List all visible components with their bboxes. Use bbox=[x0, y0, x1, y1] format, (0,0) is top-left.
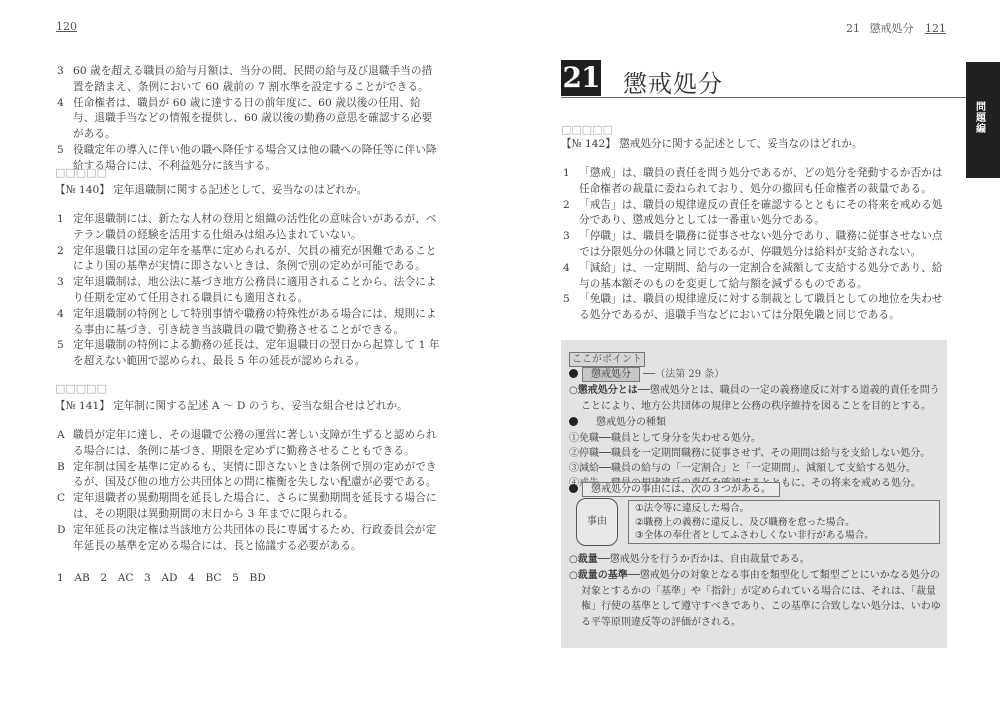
question-title: 【№ 140】 定年退職制に関する記述として、妥当なのはどれか。 bbox=[55, 183, 445, 198]
statement-text: 定年制は国を基準に定めるも、実情に即さないときは条例で別の定めができるが、国及び… bbox=[73, 461, 437, 489]
option-number: 3 bbox=[57, 64, 73, 80]
left-page: 120 360 歳を超える職員の給与月額は、当分の間、民間の給与及び退職手当の措… bbox=[0, 0, 500, 710]
point-heading-row: 懲戒処分 ──（法第 29 条） bbox=[569, 367, 724, 383]
option-item: 2定年退職日は国の定年を基準に定められるが、欠員の補充が困難であることにより国の… bbox=[57, 244, 440, 276]
review-checkboxes[interactable]: □□□□□ bbox=[55, 382, 445, 396]
statement-item: A職員が定年に達し、その退職で公務の運営に著しい支障が生ずると認められる場合には… bbox=[57, 428, 440, 460]
bullet-icon bbox=[569, 417, 578, 426]
option-text: 60 歳を超える職員の給与月額は、当分の間、民間の給与及び退職手当の措置を踏まえ… bbox=[73, 65, 432, 93]
reasons-list: ①法令等に違反した場合。 ②職務上の義務に違反し、及び職務を怠った場合。 ③全体… bbox=[628, 500, 940, 544]
option-number: 3 bbox=[563, 229, 579, 245]
option-number: 1 bbox=[57, 212, 73, 228]
reason-item: ③全体の奉仕者としてふさわしくない非行がある場合。 bbox=[635, 529, 933, 543]
bullet-icon bbox=[569, 369, 578, 378]
continued-options: 360 歳を超える職員の給与月額は、当分の間、民間の給与及び退職手当の措置を踏ま… bbox=[57, 64, 442, 175]
section-side-tab[interactable]: 問題編 bbox=[966, 62, 1000, 178]
option-number: 5 bbox=[57, 338, 73, 354]
question-title: 【№ 141】 定年制に関する記述 A ～ D のうち、妥当な組合せはどれか。 bbox=[55, 399, 445, 414]
option-text: 定年退職制には、新たな人材の登用と組織の活性化の意味合いがあるが、ベテラン職員の… bbox=[73, 213, 437, 241]
statement-item: D定年延長の決定権は当該地方公共団体の長に専属するため、行政委員会が定年延長の基… bbox=[57, 523, 440, 555]
definition-paragraph: ○懲戒処分とは──懲戒処分とは、職員の一定の義務違反に対する道義的責任を問うこと… bbox=[569, 383, 941, 414]
option-item: 3定年退職制は、地公法に基づき地方公務員に適用されることから、法令により任期を定… bbox=[57, 275, 440, 307]
definition-term: ○懲戒処分とは bbox=[569, 385, 638, 396]
running-head-chapter-number: 21 bbox=[846, 22, 860, 35]
option-item: 2「戒告」は、職員の規律違反の責任を確認するとともにその将来を戒める処分であり、… bbox=[563, 198, 953, 230]
question-140: □□□□□ 【№ 140】 定年退職制に関する記述として、妥当なのはどれか。 1… bbox=[55, 166, 445, 370]
option-item: 3「停職」は、職員を職務に従事させない処分であり、職務に従事させない点では分限処… bbox=[563, 229, 953, 261]
discretion-text: ──懲戒処分を行うか否かは、自由裁量である。 bbox=[598, 554, 810, 565]
option-item: 1「懲戒」は、職員の責任を問う処分であるが、どの処分を発動するか否かは任命権者の… bbox=[563, 166, 953, 198]
key-points-label: ここがポイント bbox=[569, 352, 645, 367]
option-item: 4「減給」は、一定期間、給与の一定割合を減額して支給する処分であり、給与の基本額… bbox=[563, 261, 953, 293]
reasons-diagram: 事由 ①法令等に違反した場合。 ②職務上の義務に違反し、及び職務を怠った場合。 … bbox=[576, 498, 936, 548]
page-number: 121 bbox=[925, 22, 946, 35]
standard-term: ○裁量の基準 bbox=[569, 570, 628, 581]
question-statements: A職員が定年に達し、その退職で公務の運営に著しい支障が生ずると認められる場合には… bbox=[55, 428, 440, 554]
statement-letter: A bbox=[57, 428, 73, 444]
option-number: 1 bbox=[563, 166, 579, 182]
type-item: ①免職──職員として身分を失わせる処分。 bbox=[569, 431, 761, 447]
option-text: 定年退職日は国の定年を基準に定められるが、欠員の補充が困難であることにより国の基… bbox=[73, 245, 437, 273]
question-142: □□□□□ 【№ 142】 懲戒処分に関する記述として、妥当なのはどれか。 1「… bbox=[561, 123, 956, 324]
option-text: 「停職」は、職員を職務に従事させない処分であり、職務に従事させない点では分限処分… bbox=[579, 230, 943, 258]
discretion-term: ○裁量 bbox=[569, 554, 598, 565]
option-number: 4 bbox=[57, 96, 73, 112]
statement-item: B定年制は国を基準に定めるも、実情に即さないときは条例で別の定めができるが、国及… bbox=[57, 460, 440, 492]
chapter-number-badge: 21 bbox=[561, 60, 601, 96]
reason-item: ①法令等に違反した場合。 bbox=[635, 502, 933, 516]
reasons-label-pill: 事由 bbox=[576, 498, 618, 546]
reason-item: ②職務上の義務に違反し、及び職務を怠った場合。 bbox=[635, 516, 933, 530]
option-number: 4 bbox=[57, 307, 73, 323]
running-head: 21 懲戒処分 121 bbox=[846, 20, 946, 36]
running-head-chapter-title: 懲戒処分 bbox=[870, 22, 914, 35]
option-number: 5 bbox=[563, 292, 579, 308]
type-item: ③減給──職員の給与の「一定割合」と「一定期間」、減額して支給する処分。 bbox=[569, 461, 916, 477]
types-heading-row: 懲戒処分の種類 bbox=[569, 415, 666, 431]
statement-letter: B bbox=[57, 460, 73, 476]
discretion-paragraph: ○裁量──懲戒処分を行うか否かは、自由裁量である。 bbox=[569, 552, 810, 568]
reasons-heading-row: 懲戒処分の事由には、次の３つがある。 bbox=[569, 482, 780, 498]
standard-paragraph: ○裁量の基準──懲戒処分の対象となる事由を類型化して類型ごとにいかなる処分の対象… bbox=[569, 568, 941, 630]
option-number: 3 bbox=[57, 275, 73, 291]
option-text: 「免職」は、職員の規律違反に対する制裁として職員としての地位を失わせる処分である… bbox=[579, 293, 943, 321]
key-points-box: ここがポイント 懲戒処分 ──（法第 29 条） ○懲戒処分とは──懲戒処分とは… bbox=[561, 340, 947, 648]
option-text: 定年退職制の特例による勤務の延長は、定年退職日の翌日から起算して 1 年を超えな… bbox=[73, 339, 440, 367]
statement-text: 定年延長の決定権は当該地方公共団体の長に専属するため、行政委員会が定年延長の基準… bbox=[73, 524, 436, 552]
right-page: 21 懲戒処分 121 21 懲戒処分 問題編 □□□□□ 【№ 142】 懲戒… bbox=[500, 0, 1000, 710]
option-number: 2 bbox=[57, 244, 73, 260]
option-item: 1定年退職制には、新たな人材の登用と組織の活性化の意味合いがあるが、ベテラン職員… bbox=[57, 212, 440, 244]
option-text: 任命権者は、職員が 60 歳に達する日の前年度に、60 歳以後の任用、給与、退職… bbox=[73, 97, 432, 141]
review-checkboxes[interactable]: □□□□□ bbox=[55, 166, 445, 180]
statement-text: 定年退職者の異動期間を延長した場合に、さらに異動期間を延長する場合には、その期限… bbox=[73, 492, 437, 520]
option-item: 4任命権者は、職員が 60 歳に達する日の前年度に、60 歳以後の任用、給与、退… bbox=[57, 96, 442, 143]
page-number: 120 bbox=[56, 20, 77, 33]
question-141: □□□□□ 【№ 141】 定年制に関する記述 A ～ D のうち、妥当な組合せ… bbox=[55, 382, 445, 585]
point-heading-tag: 懲戒処分 bbox=[582, 367, 640, 382]
question-options: 1定年退職制には、新たな人材の登用と組織の活性化の意味合いがあるが、ベテラン職員… bbox=[55, 212, 440, 370]
option-text: 「懲戒」は、職員の責任を問う処分であるが、どの処分を発動するか否かは任命権者の裁… bbox=[579, 167, 943, 195]
standard-text: ──懲戒処分の対象となる事由を類型化して類型ごとにいかなる処分の対象とするかの「… bbox=[581, 570, 941, 628]
statement-text: 職員が定年に達し、その退職で公務の運営に著しい支障が生ずると認められる場合には、… bbox=[73, 429, 437, 457]
option-text: 「戒告」は、職員の規律違反の責任を確認するとともにその将来を戒める処分であり、懲… bbox=[579, 199, 943, 227]
statement-letter: D bbox=[57, 523, 73, 539]
law-reference: ──（法第 29 条） bbox=[643, 369, 724, 380]
statement-letter: C bbox=[57, 491, 73, 507]
chapter-heading: 21 懲戒処分 bbox=[561, 60, 971, 98]
option-text: 定年退職制の特例として特別事情や職務の特殊性がある場合には、規則による事由に基づ… bbox=[73, 308, 437, 336]
option-number: 2 bbox=[563, 198, 579, 214]
reasons-heading-tag: 懲戒処分の事由には、次の３つがある。 bbox=[582, 482, 780, 497]
option-number: 4 bbox=[563, 261, 579, 277]
option-text: 「減給」は、一定期間、給与の一定割合を減額して支給する処分であり、給与の基本額そ… bbox=[579, 262, 943, 290]
bullet-icon bbox=[569, 484, 578, 493]
option-number: 5 bbox=[57, 143, 73, 159]
types-heading: 懲戒処分の種類 bbox=[596, 417, 666, 428]
type-item: ②停職──職員を一定期間職務に従事させず、その期間は給与を支給しない処分。 bbox=[569, 446, 930, 462]
question-title: 【№ 142】 懲戒処分に関する記述として、妥当なのはどれか。 bbox=[561, 137, 956, 152]
option-item: 5定年退職制の特例による勤務の延長は、定年退職日の翌日から起算して 1 年を超え… bbox=[57, 338, 440, 370]
question-options: 1「懲戒」は、職員の責任を問う処分であるが、どの処分を発動するか否かは任命権者の… bbox=[561, 166, 953, 324]
chapter-title: 懲戒処分 bbox=[623, 64, 723, 99]
review-checkboxes[interactable]: □□□□□ bbox=[561, 123, 956, 137]
answer-choices: 1 AB 2 AC 3 AD 4 BC 5 BD bbox=[55, 570, 445, 585]
option-text: 定年退職制は、地公法に基づき地方公務員に適用されることから、法令により任期を定め… bbox=[73, 276, 437, 304]
option-item: 360 歳を超える職員の給与月額は、当分の間、民間の給与及び退職手当の措置を踏ま… bbox=[57, 64, 442, 96]
statement-item: C定年退職者の異動期間を延長した場合に、さらに異動期間を延長する場合には、その期… bbox=[57, 491, 440, 523]
side-tab-label: 問題編 bbox=[976, 102, 988, 135]
option-item: 4定年退職制の特例として特別事情や職務の特殊性がある場合には、規則による事由に基… bbox=[57, 307, 440, 339]
option-item: 5「免職」は、職員の規律違反に対する制裁として職員としての地位を失わせる処分であ… bbox=[563, 292, 953, 324]
